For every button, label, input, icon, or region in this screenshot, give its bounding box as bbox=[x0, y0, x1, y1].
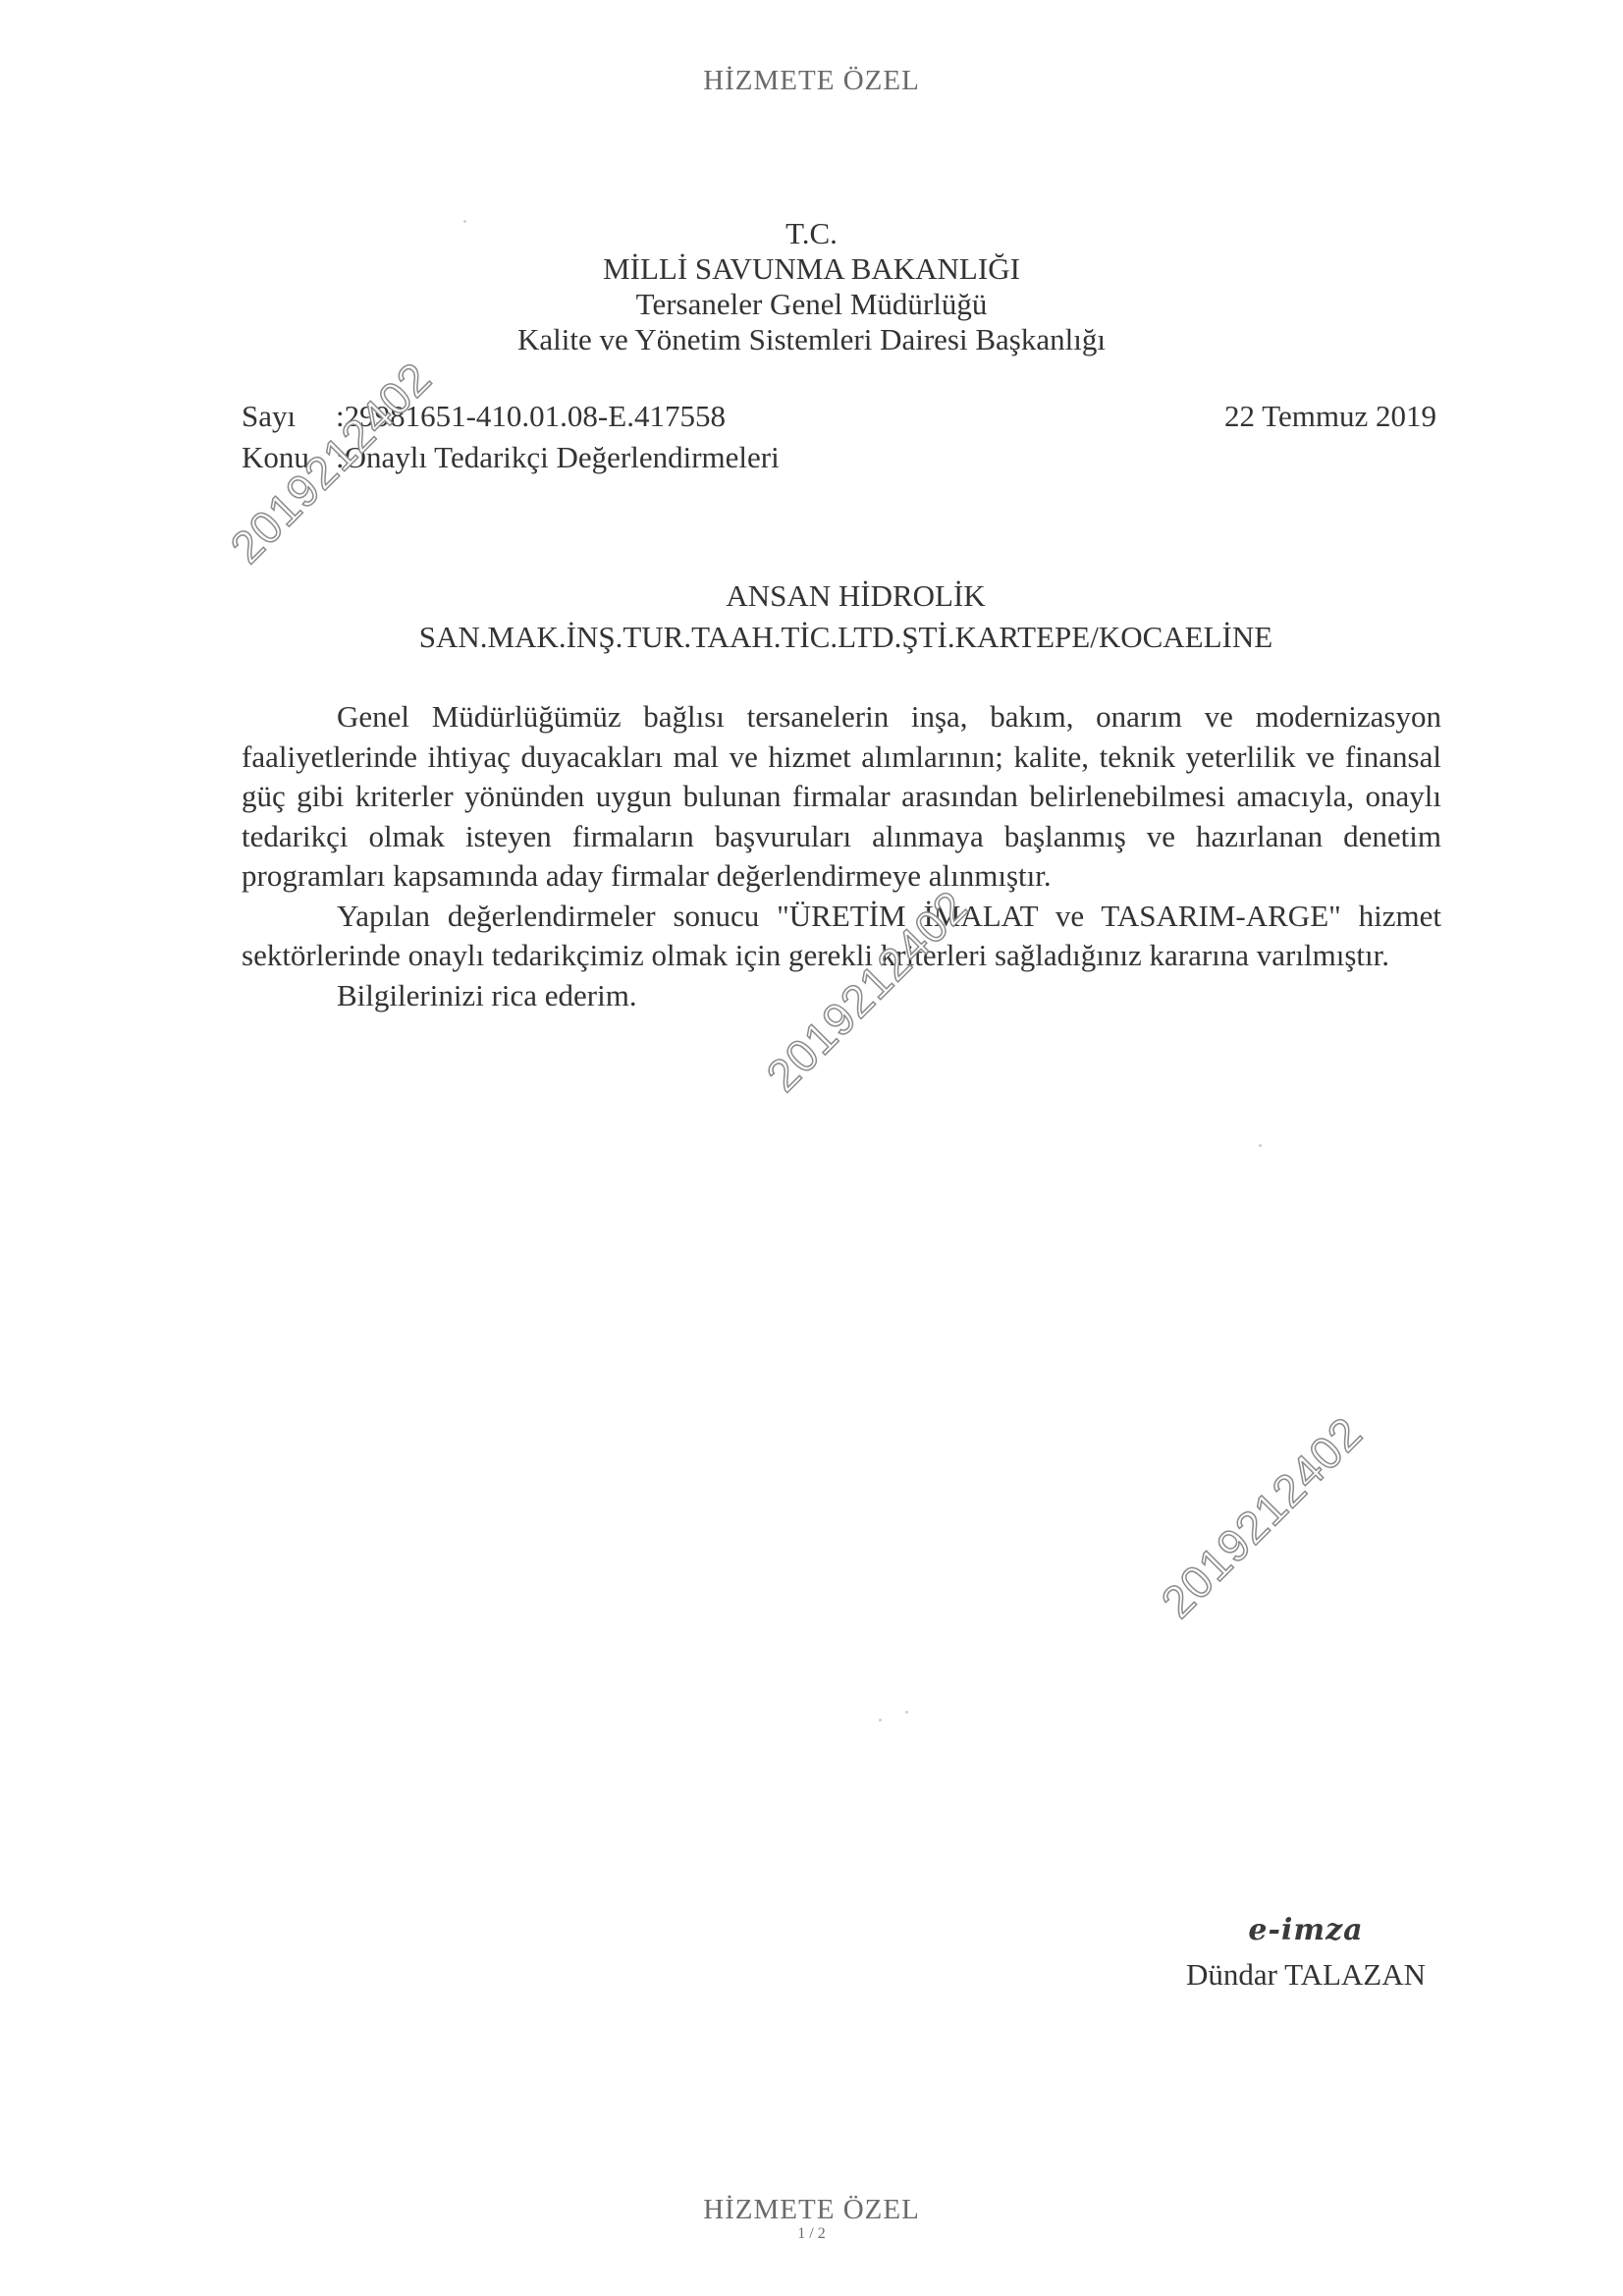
recipient-block: ANSAN HİDROLİK SAN.MAK.İNŞ.TUR.TAAH.TİC.… bbox=[0, 575, 1623, 658]
scan-speck bbox=[905, 1711, 908, 1714]
document-page: HİZMETE ÖZEL T.C. MİLLİ SAVUNMA BAKANLIĞ… bbox=[0, 0, 1623, 2296]
e-signature-mark: e-imza bbox=[1149, 1913, 1463, 1947]
body-paragraph: Bilgilerinizi rica ederim. bbox=[242, 976, 1441, 1016]
reference-number-label: Sayı bbox=[242, 399, 336, 434]
letterhead-ministry: MİLLİ SAVUNMA BAKANLIĞI bbox=[0, 251, 1623, 287]
letterhead-directorate: Tersaneler Genel Müdürlüğü bbox=[0, 287, 1623, 322]
reference-number-row: Sayı:29981651-410.01.08-E.417558 bbox=[242, 399, 726, 434]
body-paragraph: Genel Müdürlüğümüz bağlısı tersanelerin … bbox=[242, 697, 1441, 897]
recipient-name: ANSAN HİDROLİK bbox=[0, 575, 1623, 617]
subject-row: Konu:Onaylı Tedarikçi Değerlendirmeleri bbox=[242, 440, 780, 475]
recipient-address: SAN.MAK.İNŞ.TUR.TAAH.TİC.LTD.ŞTİ.KARTEPE… bbox=[0, 617, 1623, 658]
reference-number-value: :29981651-410.01.08-E.417558 bbox=[336, 399, 726, 433]
scan-speck bbox=[879, 1719, 882, 1722]
registry-stamp: 2019212402 bbox=[1151, 1406, 1373, 1628]
page-number: 1 / 2 bbox=[0, 2225, 1623, 2243]
letter-body: Genel Müdürlüğümüz bağlısı tersanelerin … bbox=[242, 697, 1441, 1015]
letter-date: 22 Temmuz 2019 bbox=[1224, 399, 1436, 434]
signatory-name: Dündar TALAZAN bbox=[1149, 1957, 1463, 1993]
signature-block: e-imza Dündar TALAZAN bbox=[1149, 1913, 1463, 1993]
letterhead-country: T.C. bbox=[0, 216, 1623, 251]
body-paragraph: Yapılan değerlendirmeler sonucu "ÜRETİM … bbox=[242, 897, 1441, 976]
letterhead: T.C. MİLLİ SAVUNMA BAKANLIĞI Tersaneler … bbox=[0, 216, 1623, 357]
scan-speck bbox=[463, 220, 466, 223]
letterhead-department: Kalite ve Yönetim Sistemleri Dairesi Baş… bbox=[0, 322, 1623, 357]
subject-label: Konu bbox=[242, 440, 336, 475]
scan-speck bbox=[1259, 1144, 1262, 1147]
classification-top: HİZMETE ÖZEL bbox=[0, 65, 1623, 97]
subject-value: :Onaylı Tedarikçi Değerlendirmeleri bbox=[336, 440, 780, 474]
classification-bottom: HİZMETE ÖZEL bbox=[0, 2194, 1623, 2226]
